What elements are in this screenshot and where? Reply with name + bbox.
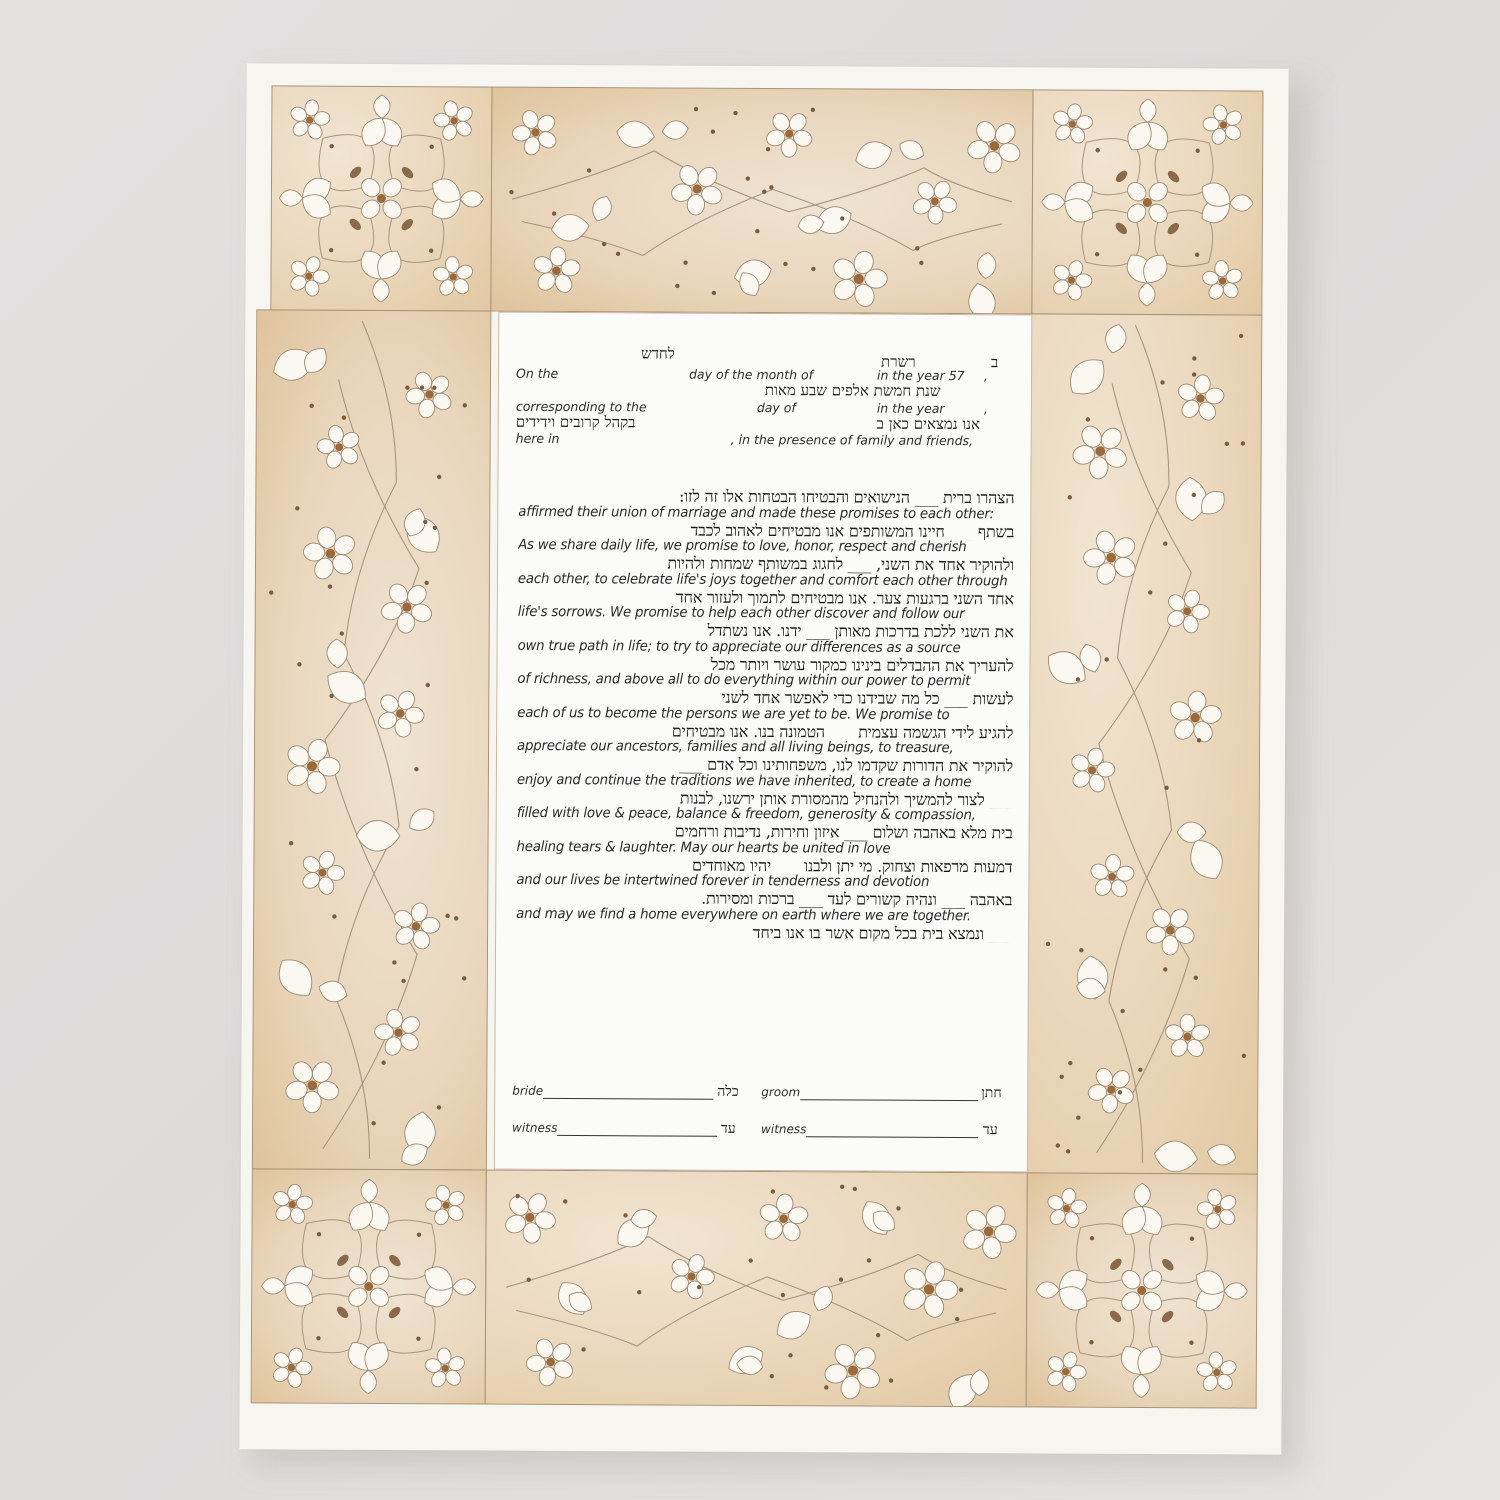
- leaf-motif: [270, 951, 321, 1004]
- header-day-of-month: day of the month of: [689, 367, 813, 383]
- leaf-motif: [316, 977, 350, 1005]
- header-he-lachodesh: לחדש: [641, 344, 675, 363]
- bride-label: bride: [512, 1084, 543, 1098]
- flower-motif: [515, 1327, 585, 1398]
- flower-motif: [293, 515, 369, 592]
- leaf-motif: [1042, 194, 1065, 210]
- leaf-motif: [1175, 477, 1208, 522]
- leaf-motif: [1152, 1139, 1199, 1174]
- flower-motif: [273, 1046, 352, 1124]
- flower-motif: [422, 1346, 468, 1390]
- flower-motif: [661, 1246, 723, 1306]
- header-presence: , in the presence of family and friends,: [731, 432, 973, 448]
- corner-panel-bottom-left: [251, 1168, 487, 1404]
- flower-motif: [1087, 853, 1137, 901]
- flower-motif: [281, 250, 336, 303]
- leaf-motif: [1061, 350, 1113, 403]
- vow-line-english: own true path in life; to try to appreci…: [518, 638, 1014, 657]
- flower-motif: [812, 1329, 895, 1406]
- vine-stem: [516, 1276, 996, 1348]
- leaf-motif: [460, 191, 483, 207]
- leaf-motif: [852, 137, 896, 174]
- header-comma-1: ,: [984, 368, 988, 383]
- ketubah-text-panel: ב רשרת לחדש On the day of the month of i…: [494, 312, 1032, 1173]
- vow-line-english: life's sorrows. We promise to help each …: [518, 604, 1014, 623]
- flower-motif: [1163, 1014, 1211, 1060]
- header-he-community: בקהל קרובים וידידים: [516, 413, 636, 433]
- leaf-motif: [661, 119, 689, 141]
- flower-motif: [1164, 688, 1226, 747]
- leaf-motif: [965, 280, 999, 313]
- leaf-motif: [360, 1370, 376, 1393]
- leaf-motif: [589, 193, 616, 224]
- vow-line-english: enjoy and continue the traditions we hav…: [517, 772, 1013, 791]
- leaf-motif: [1224, 1283, 1247, 1299]
- vow-line-english: of richness, and above all to do everyth…: [517, 671, 1013, 690]
- vow-line-english: filled with love & peace, balance & free…: [517, 805, 1013, 824]
- deckled-paper-sheet: ב רשרת לחדש On the day of the month of i…: [239, 63, 1288, 1454]
- flower-motif: [1047, 100, 1097, 148]
- leaf-motif: [279, 190, 302, 206]
- flower-motif: [493, 1182, 566, 1254]
- vows-text-block: הצהרו ברית ___ הנישואים והבטיחו הבטחות א…: [516, 487, 1014, 943]
- groom-signature-line[interactable]: [800, 1099, 978, 1101]
- vow-line-english: healing tears & laughter. May our hearts…: [516, 839, 1012, 858]
- vow-line-english: As we share daily life, we promise to lo…: [518, 537, 1014, 556]
- flower-motif: [267, 1181, 317, 1229]
- leaf-motif: [361, 1179, 377, 1202]
- witness-2-signature-line[interactable]: [806, 1136, 978, 1138]
- leaf-motif: [1139, 283, 1155, 306]
- leaf-motif: [896, 136, 927, 164]
- vow-line-english: appreciate our ancestors, families and a…: [517, 738, 1013, 757]
- header-he-bet: ב: [991, 353, 998, 372]
- flower-motif: [1199, 259, 1245, 303]
- vow-line-english: and our lives be intertwined forever in …: [516, 872, 1012, 891]
- leaf-motif: [810, 1283, 837, 1314]
- header-in-the-year-2: in the year: [877, 401, 945, 416]
- border-column-left: [252, 309, 491, 1170]
- flower-motif: [1044, 254, 1099, 307]
- leaf-motif: [1230, 195, 1253, 211]
- header-he-here: אנו נמצאים כאן ב: [877, 415, 980, 435]
- header-on-the: On the: [516, 366, 558, 381]
- flower-motif: [369, 570, 444, 645]
- witness-2-label: witness: [761, 1122, 806, 1136]
- flower-motif: [1060, 411, 1141, 491]
- flower-motif: [1135, 895, 1206, 966]
- leaf-motif: [320, 663, 373, 711]
- flower-motif: [1197, 100, 1249, 150]
- witness-1-label: witness: [512, 1121, 557, 1135]
- vow-line-english: each other, to celebrate life's joys tog…: [518, 571, 1014, 590]
- vow-line-english: each of us to become the persons we are …: [517, 705, 1013, 724]
- groom-label-he: חתן: [981, 1085, 1001, 1102]
- witness-1-label-he: עד: [721, 1121, 736, 1138]
- vow-line-english: and may we find a home everywhere on ear…: [516, 906, 1012, 925]
- flower-motif: [308, 416, 370, 479]
- flower-motif: [264, 1341, 319, 1394]
- flower-motif: [428, 96, 480, 146]
- ketubah-artwork: ב רשרת לחדש On the day of the month of i…: [265, 85, 1264, 1408]
- flower-motif: [891, 1252, 967, 1327]
- leaf-motif: [1133, 1374, 1149, 1397]
- flower-motif: [1042, 1185, 1092, 1233]
- witness-1-signature-line[interactable]: [557, 1135, 717, 1137]
- corner-panel-top-right: [1031, 89, 1263, 315]
- bride-signature-line[interactable]: [543, 1098, 713, 1100]
- flower-motif: [430, 255, 476, 299]
- corner-panel-bottom-right: [1026, 1172, 1258, 1408]
- leaf-motif: [550, 213, 590, 243]
- leaf-motif: [404, 803, 439, 836]
- header-comma-2: ,: [984, 401, 988, 416]
- signature-block: bride כלה groom חתן witness עד witness ע…: [499, 313, 1031, 316]
- flower-motif: [502, 99, 568, 166]
- flower-motif: [1173, 372, 1229, 426]
- header-he-year: שנת חמשת אלפים שבע מאות: [765, 381, 941, 401]
- leaf-motif: [615, 119, 656, 150]
- flower-motif: [367, 681, 433, 746]
- leaf-motif: [374, 95, 390, 118]
- flower-motif: [1194, 1350, 1240, 1394]
- leaf-motif: [976, 252, 997, 280]
- flower-motif: [902, 170, 966, 234]
- flower-motif: [756, 1192, 812, 1245]
- flower-motif: [293, 844, 352, 902]
- flower-motif: [1157, 582, 1217, 640]
- leaf-motif: [356, 820, 400, 851]
- bride-label-he: כלה: [717, 1084, 739, 1101]
- leaf-motif: [1102, 322, 1128, 355]
- header-day-of: day of: [757, 400, 796, 415]
- leaf-motif: [1134, 1183, 1150, 1206]
- header-here-in: here in: [516, 431, 560, 446]
- leaf-motif: [373, 279, 389, 302]
- groom-label: groom: [761, 1085, 800, 1099]
- witness-2-label-he: עד: [983, 1122, 998, 1139]
- corner-panel-top-left: [270, 85, 492, 311]
- flower-motif: [275, 730, 350, 803]
- flower-motif: [1038, 1345, 1093, 1398]
- flower-motif: [822, 243, 896, 313]
- leaf-motif: [453, 1279, 476, 1295]
- border-column-right: [1027, 313, 1262, 1174]
- flower-motif: [951, 1194, 1027, 1268]
- leaf-motif: [262, 1278, 285, 1294]
- flower-motif: [395, 360, 464, 429]
- leaf-motif: [1205, 1141, 1238, 1167]
- border-band-bottom: [485, 1170, 1028, 1408]
- flower-motif: [955, 107, 1032, 185]
- flower-motif: [659, 151, 735, 226]
- leaf-motif: [1177, 822, 1206, 842]
- vow-line-english: affirmed their union of marriage and mad…: [518, 504, 1014, 523]
- leaf-motif: [771, 1304, 817, 1346]
- header-block: ב רשרת לחדש On the day of the month of i…: [499, 313, 1031, 316]
- flower-motif: [386, 897, 446, 955]
- leaf-motif: [1140, 99, 1156, 122]
- leaf-motif: [1036, 1282, 1059, 1298]
- flower-motif: [529, 244, 584, 297]
- border-band-top: [490, 87, 1033, 315]
